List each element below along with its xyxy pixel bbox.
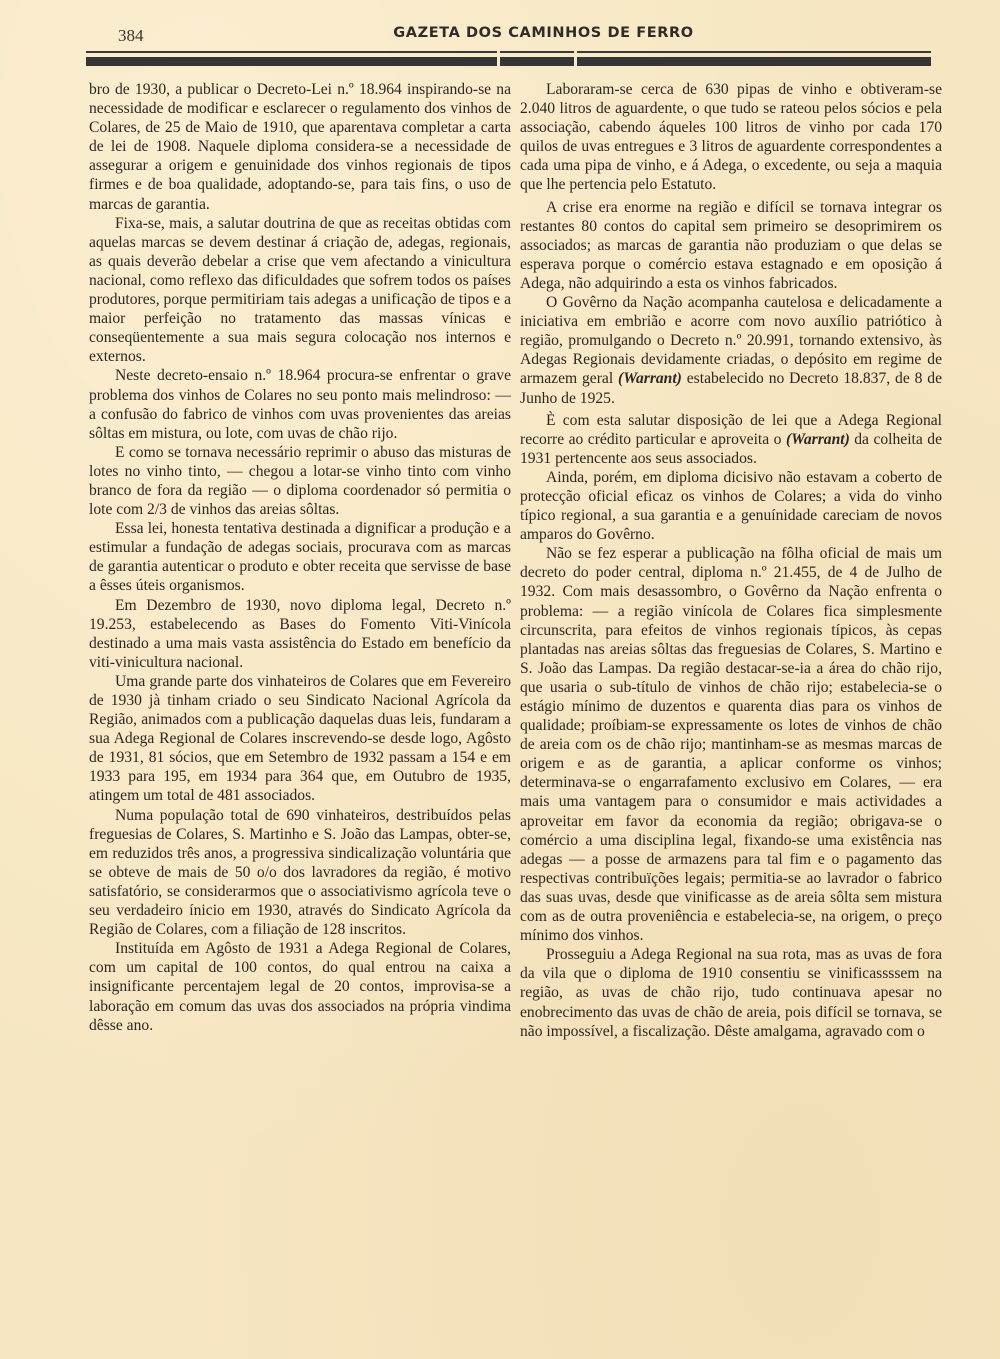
paragraph: Numa população total de 690 vinhateiros,…: [89, 806, 511, 940]
paragraph: È com esta salutar disposição de lei que…: [520, 411, 942, 468]
magazine-page: 384 GAZETA DOS CAMINHOS DE FERRO bro de …: [0, 0, 1000, 1359]
paragraph: Ainda, porém, em diploma dicisivo não es…: [520, 468, 942, 544]
paragraph: Laboraram-se cerca de 630 pipas de vinho…: [520, 80, 942, 195]
paragraph: Prosseguiu a Adega Regional na sua rota,…: [520, 945, 942, 1040]
paragraph: A crise era enorme na região e difícil s…: [520, 198, 942, 293]
warrant-emphasis: (Warrant): [786, 431, 850, 448]
page-header: 384 GAZETA DOS CAMINHOS DE FERRO: [86, 24, 931, 46]
header-rule-break: [497, 51, 500, 53]
right-column: Laboraram-se cerca de 630 pipas de vinho…: [520, 80, 942, 1041]
paragraph: O Govêrno da Nação acompanha cautelosa e…: [520, 293, 942, 408]
warrant-emphasis: (Warrant): [618, 370, 682, 387]
header-rule-break: [574, 51, 577, 53]
paragraph: Instituída em Agôsto de 1931 a Adega Reg…: [89, 939, 511, 1034]
header-rule-thin: [86, 51, 931, 53]
header-rule-thick-segment: [577, 57, 931, 66]
paragraph: Em Dezembro de 1930, novo diploma legal,…: [89, 596, 511, 672]
paragraph: Fixa-se, mais, a salutar doutrina de que…: [89, 214, 511, 367]
left-column: bro de 1930, a publicar o Decreto-Lei n.…: [89, 80, 511, 1035]
paragraph: E como se tornava necessário reprimir o …: [89, 443, 511, 519]
paragraph: bro de 1930, a publicar o Decreto-Lei n.…: [89, 80, 511, 214]
paragraph: Essa lei, honesta tentativa destinada a …: [89, 519, 511, 595]
header-rule-thick-segment: [86, 57, 497, 66]
header-rule-thick-segment: [500, 57, 574, 66]
paragraph: Uma grande parte dos vinhateiros de Cola…: [89, 672, 511, 806]
journal-title: GAZETA DOS CAMINHOS DE FERRO: [86, 25, 931, 41]
paragraph: Neste decreto-ensaio n.º 18.964 procura-…: [89, 366, 511, 442]
paragraph: Não se fez esperar a publicação na fôlha…: [520, 544, 942, 945]
